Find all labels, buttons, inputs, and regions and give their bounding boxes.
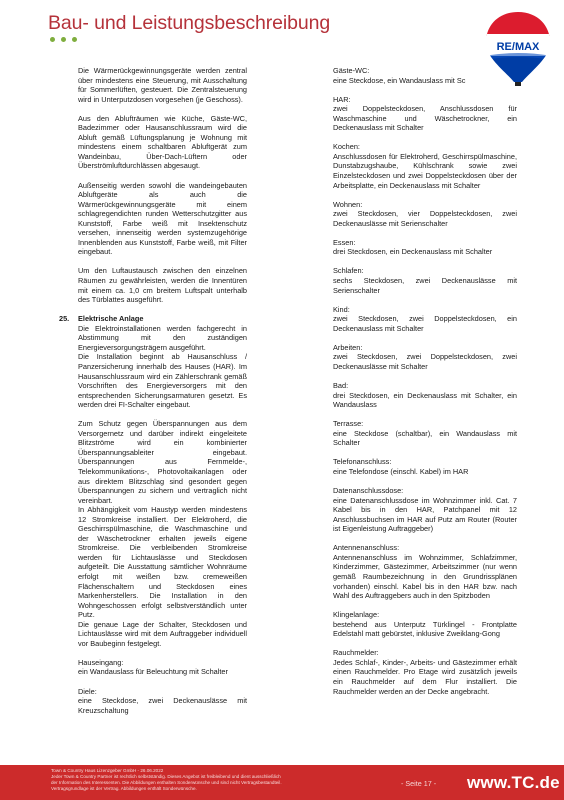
decorative-dots [50,37,77,42]
room-text: eine Steckdose, ein Wandauslass mit Sc [333,76,517,86]
paragraph: Die Wärmerückgewinnungsgeräte werden zen… [78,66,247,104]
paragraph: Die genaue Lage der Schalter, Steckdosen… [78,620,247,649]
room-label: Schlafen: [333,266,517,276]
document-title: Bau- und Leistungsbeschreibung [48,12,330,35]
left-column: Die Wärmerückgewinnungsgeräte werden zen… [78,66,247,725]
room-text: zwei Steckdosen, vier Doppelsteckdosen, … [333,209,517,228]
room-text: zwei Steckdosen, zwei Doppelsteckdosen, … [333,314,517,333]
footer-disclaimer: Town & Country Haus Lizenzgeber GmbH - 2… [51,768,341,792]
room-text: ein Wandauslass für Beleuchtung mit Scha… [78,667,247,677]
room-label: Datenanschlussdose: [333,486,517,496]
room-label: Klingelanlage: [333,610,517,620]
room-text: zwei Doppelsteckdosen, Anschlussdosen fü… [333,104,517,133]
room-text: sechs Steckdosen, zwei Deckenauslässe mi… [333,276,517,295]
room-text: zwei Steckdosen, zwei Doppelsteckdosen, … [333,352,517,371]
room-label: Antennenanschluss: [333,543,517,553]
room-text: drei Steckdosen, ein Deckenauslass mit S… [333,391,517,410]
paragraph: In Abhängigkeit vom Haustyp werden minde… [78,505,247,620]
paragraph: Aus den Ablufträumen wie Küche, Gäste-WC… [78,114,247,171]
paragraph: Die Elektroinstallationen werden fachger… [78,324,247,353]
room-label: Telefonanschluss: [333,457,517,467]
room-text: eine Steckdose (schaltbar), ein Wandausl… [333,429,517,448]
room-label: Hauseingang: [78,658,247,668]
footer-line: Vertragsgrundlage ist der Vertrag. Abbil… [51,786,341,792]
paragraph: Um den Luftaustausch zwischen den einzel… [78,266,247,304]
paragraph: Die Installation beginnt ab Hausanschlus… [78,352,247,409]
paragraph: Zum Schutz gegen Überspannungen aus dem … [78,419,247,505]
room-label: Gäste-WC: [333,66,517,76]
section-number: 25. [59,314,69,324]
website-link[interactable]: www.TC.de [467,773,560,793]
dot-icon [50,37,55,42]
section-heading: 25. Elektrische Anlage [78,314,247,324]
room-label: Kochen: [333,142,517,152]
room-label: Arbeiten: [333,343,517,353]
section-title: Elektrische Anlage [78,314,143,323]
room-label: HAR: [333,95,517,105]
paragraph: Außenseitig werden sowohl die wandeingeb… [78,181,247,257]
dot-icon [72,37,77,42]
room-label: Kind: [333,305,517,315]
room-text: Anschlussdosen für Elektroherd, Geschirr… [333,152,517,190]
footer-bar: Town & Country Haus Lizenzgeber GmbH - 2… [0,765,564,800]
room-text: eine Telefondose (einschl. Kabel) im HAR [333,467,517,477]
room-label: Bad: [333,381,517,391]
room-text: bestehend aus Unterputz Türklingel - Fro… [333,620,517,639]
room-text: drei Steckdosen, ein Deckenauslass mit S… [333,247,517,257]
svg-text:RE/MAX: RE/MAX [497,41,540,53]
room-label: Terrasse: [333,419,517,429]
room-text: eine Datenanschlussdose im Wohnzimmer in… [333,496,517,534]
room-label: Wohnen: [333,200,517,210]
room-text: Jedes Schlaf-, Kinder-, Arbeits- und Gäs… [333,658,517,696]
right-column: Gäste-WC:eine Steckdose, ein Wandauslass… [333,66,517,706]
room-label: Diele: [78,687,247,697]
dot-icon [61,37,66,42]
room-label: Rauchmelder: [333,648,517,658]
page-number: - Seite 17 - [401,779,436,788]
room-text: eine Steckdose, zwei Deckenauslässe mit … [78,696,247,715]
room-text: Antennenanschluss im Wohnzimmer, Schlafz… [333,553,517,601]
room-label: Essen: [333,238,517,248]
